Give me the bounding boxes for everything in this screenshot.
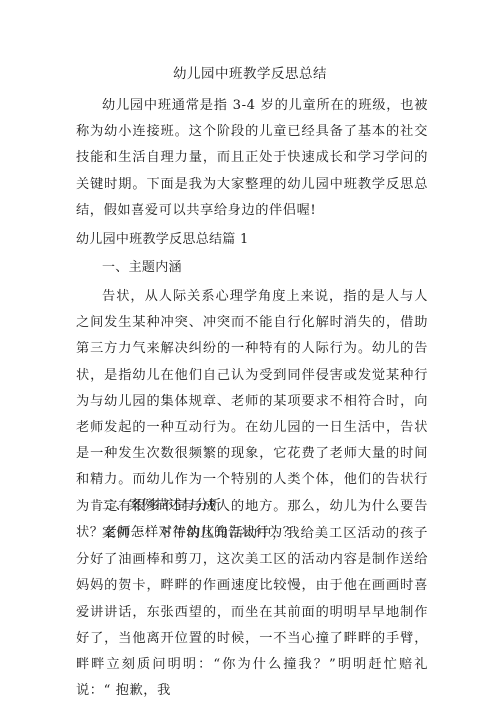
intro-paragraph: 幼儿园中班通常是指 3-4 岁的儿童所在的班级，也被称为幼小连接班。这个阶段的儿… <box>76 93 428 224</box>
section-title: 幼儿园中班教学反思总结篇 1 <box>76 230 249 250</box>
subsection-body-2: 案例一：下午的区角活动中，我给美工区活动的孩子分好了油画棒和剪刀，这次美工区的活… <box>76 521 428 704</box>
document-title: 幼儿园中班教学反思总结 <box>0 64 500 84</box>
document-page: 幼儿园中班教学反思总结 幼儿园中班通常是指 3-4 岁的儿童所在的班级，也被称为… <box>0 0 500 707</box>
subsection-heading-2: 二、案例描述与分析 <box>102 496 222 516</box>
subsection-heading-1: 一、主题内涵 <box>102 258 182 278</box>
